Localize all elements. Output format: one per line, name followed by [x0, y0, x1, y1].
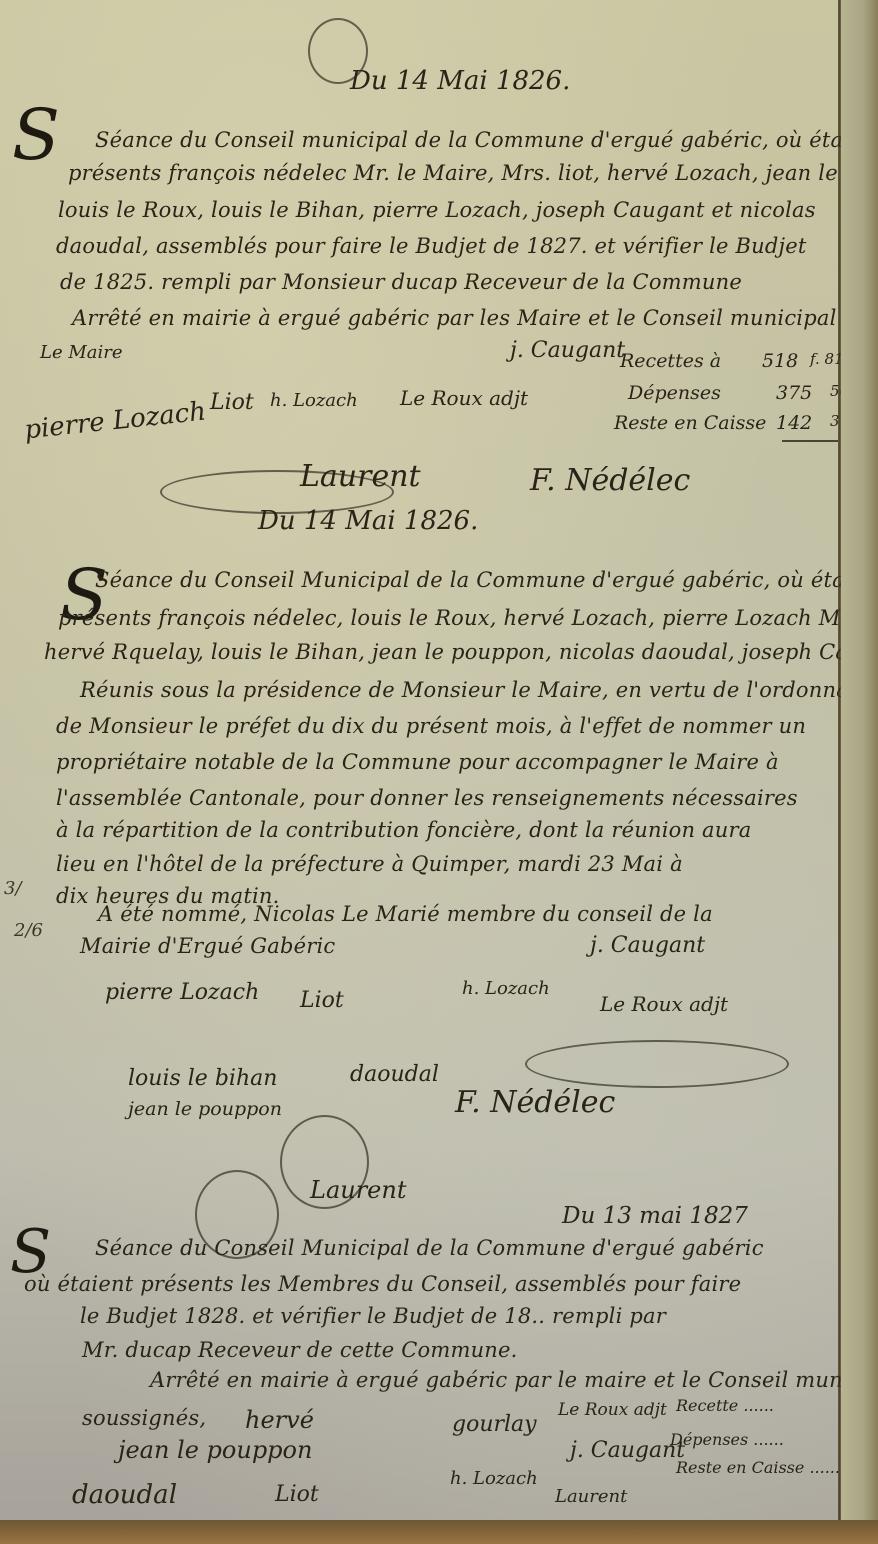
signature-laurent: Laurent [555, 1488, 627, 1506]
total-underline [782, 440, 838, 442]
margin-note: 2/6 [14, 922, 43, 940]
account-label: Recettes à [620, 352, 721, 371]
entry-3-date: Du 13 mai 1827 [562, 1205, 748, 1228]
entry-1-date: Du 14 Mai 1826. [350, 68, 570, 94]
le-maire-label: Le Maire [40, 344, 123, 362]
entry-1-line-1: Séance du Conseil municipal de la Commun… [95, 130, 878, 151]
entry-3-line-2: où étaient présents les Membres du Conse… [24, 1274, 741, 1295]
signature-caugant: j. Caugant [590, 935, 705, 957]
account-francs: 375 [776, 384, 812, 403]
entry-2-line-7: l'assemblée Cantonale, pour donner les r… [56, 788, 798, 809]
signature-jean-le-pouppon: jean le pouppon [118, 1438, 312, 1462]
signature-caugant: j. Caugant [570, 1440, 685, 1462]
entry-2-line-2: présents françois nédelec, louis le Roux… [58, 608, 878, 629]
entry-2-line-8: à la répartition de la contribution fonc… [56, 820, 751, 841]
entry-3-line-5: Arrêté en mairie à ergué gabéric par le … [150, 1370, 850, 1391]
signature-le-roux: Le Roux adjt [600, 994, 728, 1014]
entry-1-initial: S [12, 100, 60, 170]
entry-2-line-1: Séance du Conseil Municipal de la Commun… [95, 570, 878, 591]
account-francs: 518 [762, 352, 798, 371]
margin-note: 3/ [4, 880, 22, 898]
signature-gourlay: gourlay [452, 1414, 537, 1436]
signature-jean-le-pouppon: jean le pouppon [128, 1100, 282, 1119]
account-label: Recette ...... [676, 1398, 774, 1414]
entry-1-line-4: daoudal, assemblés pour faire le Budjet … [56, 236, 807, 257]
signature-le-roux: Le Roux adjt [400, 388, 528, 408]
account-francs: 142 [776, 414, 812, 433]
flourish [280, 1115, 369, 1209]
entry-2-date: Du 14 Mai 1826. [258, 508, 478, 534]
signature-daoudal: daoudal [350, 1064, 439, 1086]
entry-2-line-12: Mairie d'Ergué Gabéric [80, 936, 335, 957]
entry-2-line-6: propriétaire notable de la Commune pour … [56, 752, 779, 773]
entry-1-line-2: présents françois nédelec Mr. le Maire, … [68, 163, 858, 184]
account-label: Dépenses [628, 384, 721, 403]
signature-pierre-lozach: pierre Lozach [23, 399, 207, 444]
entry-3-line-4: Mr. ducap Receveur de cette Commune. [82, 1340, 518, 1361]
binding-edge [0, 1520, 878, 1544]
entry-1-line-3: louis le Roux, louis le Bihan, pierre Lo… [58, 200, 816, 221]
signature-nedelec: F. Nédélec [530, 466, 690, 496]
signature-liot: Liot [300, 990, 344, 1012]
signature-liot: Liot [210, 392, 254, 414]
flourish [525, 1040, 789, 1088]
entry-1-line-6: Arrêté en mairie à ergué gabéric par les… [72, 308, 878, 329]
signature-nedelec: F. Nédélec [455, 1088, 615, 1118]
signature-louis-le-bihan: louis le bihan [128, 1068, 277, 1090]
signature-h-lozach: h. Lozach [450, 1470, 538, 1488]
signature-caugant: j. Caugant [510, 340, 625, 362]
account-label: Dépenses ...... [670, 1432, 784, 1448]
account-label: Reste en Caisse ...... [676, 1460, 840, 1476]
flourish [308, 18, 368, 84]
entry-2-line-11: A été nommé, Nicolas Le Marié membre du … [98, 904, 713, 925]
account-label: Reste en Caisse [614, 414, 766, 433]
entry-3-line-6: soussignés, [82, 1408, 206, 1429]
entry-2-line-3: hervé Rquelay, louis le Bihan, jean le p… [44, 642, 878, 663]
signature-le-roux: Le Roux adjt [558, 1402, 667, 1419]
entry-2-line-9: lieu en l'hôtel de la préfecture à Quimp… [56, 854, 683, 875]
entry-3-line-3: le Budjet 1828. et vérifier le Budjet de… [80, 1306, 666, 1327]
signature-h-lozach: h. Lozach [270, 392, 358, 410]
signature-herve: hervé [245, 1408, 314, 1432]
entry-2-line-5: de Monsieur le préfet du dix du présent … [56, 716, 806, 737]
signature-liot: Liot [275, 1484, 319, 1506]
entry-1-line-5: de 1825. rempli par Monsieur ducap Recev… [60, 272, 742, 293]
manuscript-page: Du 14 Mai 1826. S Séance du Conseil muni… [0, 0, 862, 1530]
facing-page-edge [841, 0, 878, 1544]
entry-3-line-1: Séance du Conseil Municipal de la Commun… [95, 1238, 764, 1259]
signature-daoudal: daoudal [72, 1482, 177, 1508]
signature-pierre-lozach: pierre Lozach [105, 982, 259, 1004]
entry-2-line-4: Réunis sous la présidence de Monsieur le… [80, 680, 878, 701]
signature-h-lozach: h. Lozach [462, 980, 550, 998]
